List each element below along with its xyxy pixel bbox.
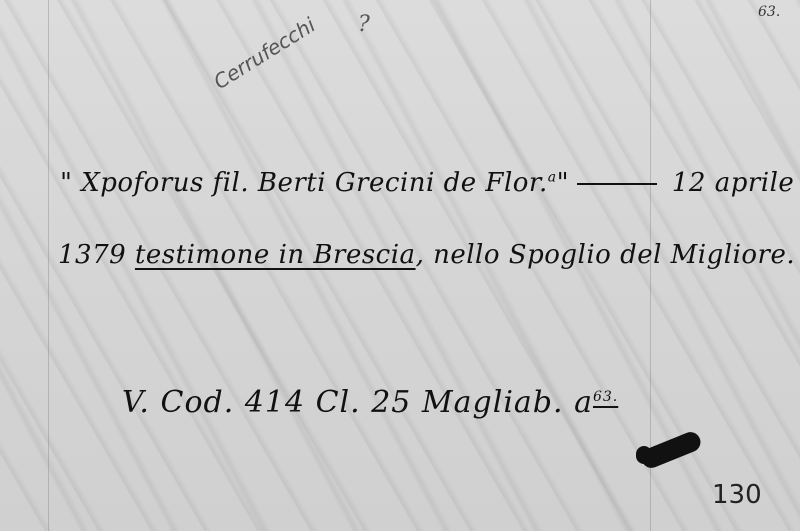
quote-close: " xyxy=(557,168,569,198)
corner-page-number: 63. xyxy=(758,4,780,20)
name-text: Xpoforus fil. Berti Grecini de Flor. xyxy=(81,168,548,198)
underlined-phrase: testimone in Brescia xyxy=(135,240,416,270)
quote-open: " xyxy=(60,168,72,198)
page-ref-sup: 63. xyxy=(593,389,618,405)
pencil-annotation: Cerrufecchi xyxy=(209,13,319,94)
dash-line xyxy=(577,183,657,185)
page-ref: a63. xyxy=(574,385,618,420)
text-line-1: " Xpoforus fil. Berti Grecini de Flor.a"… xyxy=(60,168,794,198)
year-text: 1379 xyxy=(58,240,126,270)
line2-rest: , nello Spoglio del Migliore. xyxy=(416,240,796,270)
superscript-a: a xyxy=(548,169,557,185)
ruled-line xyxy=(48,0,49,531)
pencil-question-mark: ? xyxy=(358,12,370,37)
text-line-2: 1379 testimone in Brescia, nello Spoglio… xyxy=(58,240,795,270)
text-line-3: V. Cod. 414 Cl. 25 Magliab. a63. xyxy=(122,385,618,420)
manuscript-page: 63. Cerrufecchi ? " Xpoforus fil. Berti … xyxy=(0,0,800,531)
page-ref-prefix: a xyxy=(574,385,593,420)
reference-text: V. Cod. 414 Cl. 25 Magliab. xyxy=(122,385,564,420)
stamp-number: 130 xyxy=(712,480,762,510)
check-mark-icon xyxy=(639,429,704,471)
date-text: 12 aprile xyxy=(672,168,794,198)
